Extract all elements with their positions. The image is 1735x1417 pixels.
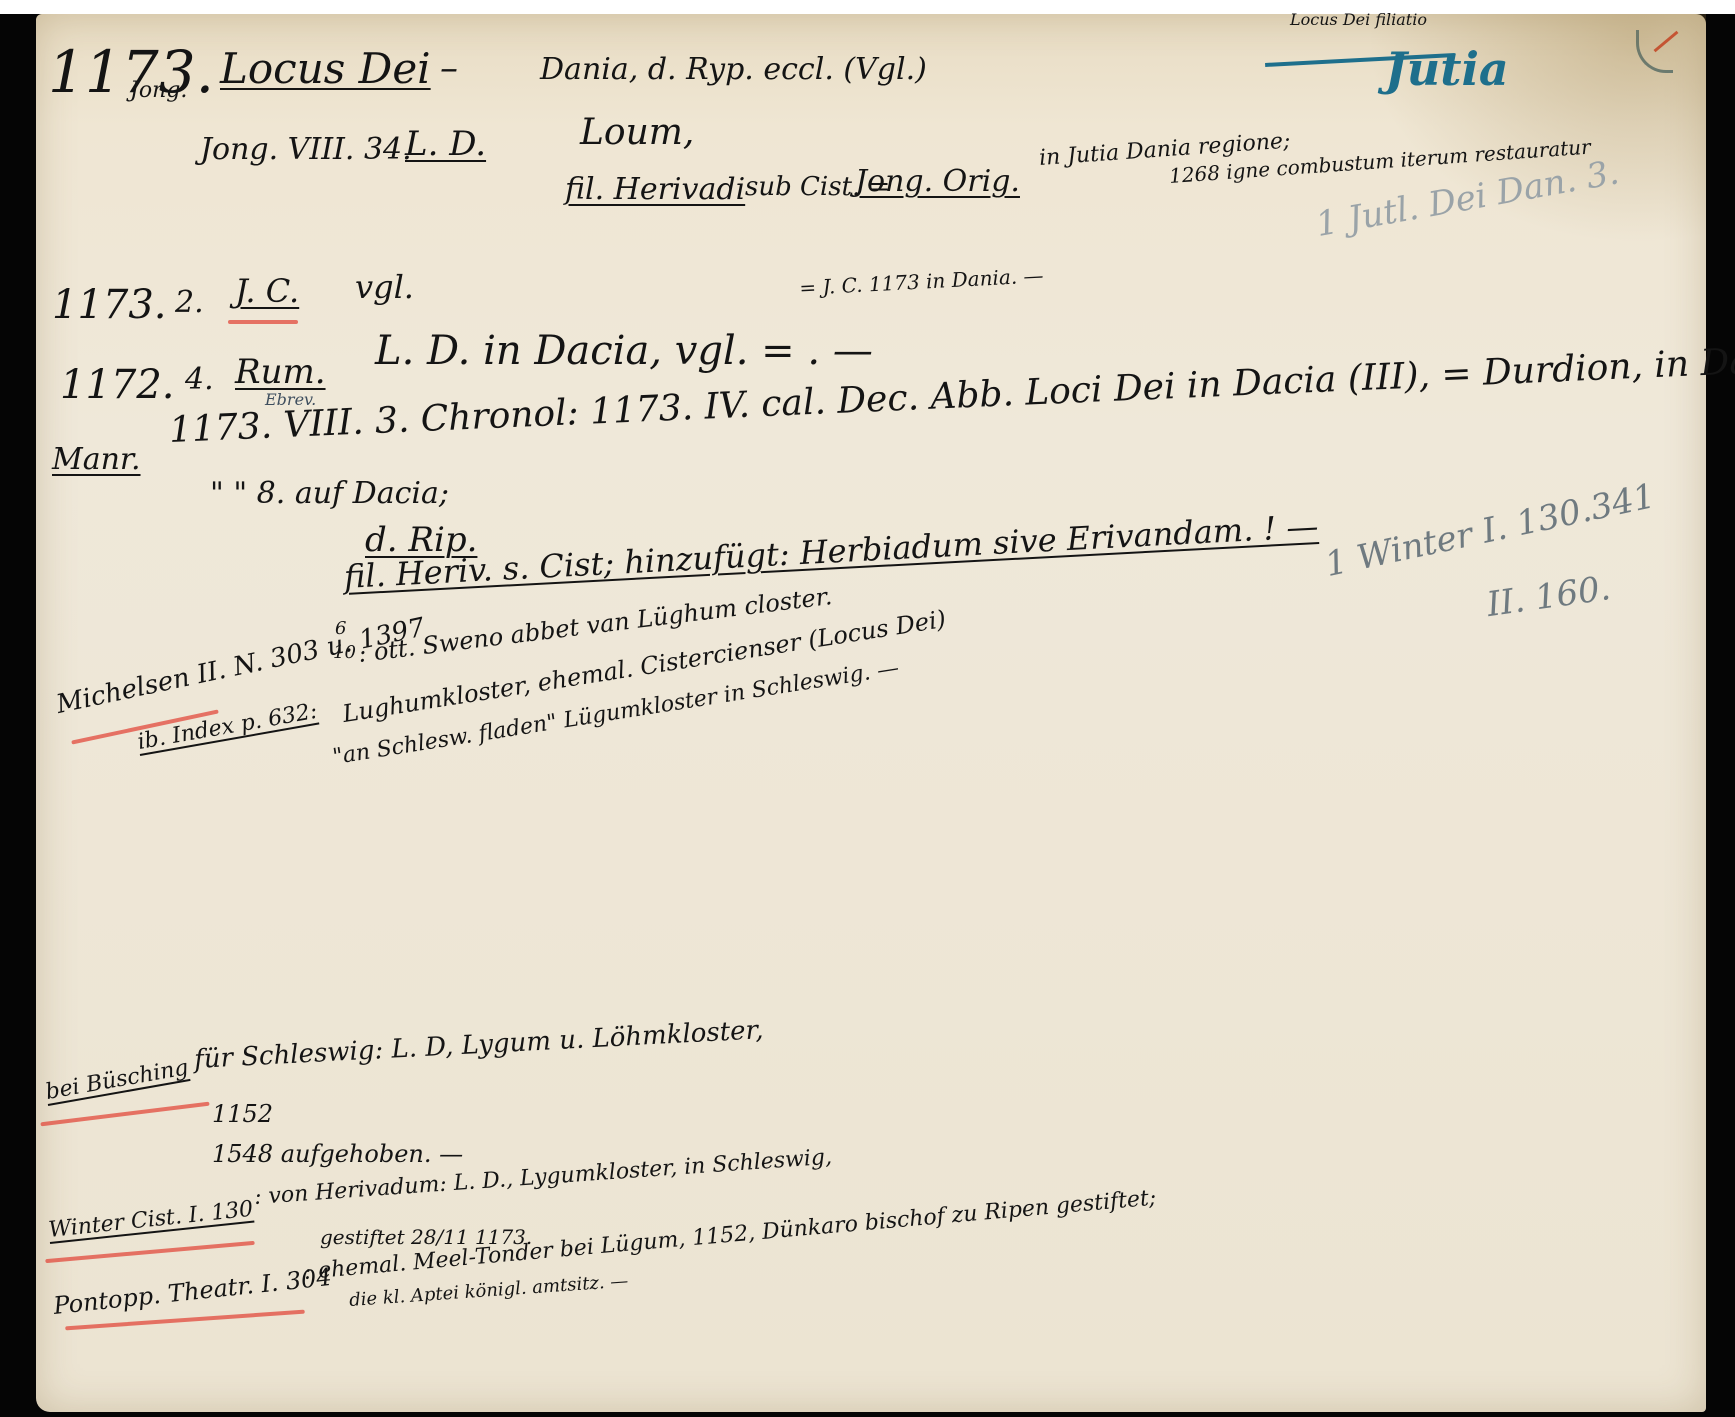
- entry-2-year: 1172.: [60, 362, 175, 408]
- entry-3-source: Manr.: [52, 442, 141, 477]
- michelsen-fraction-num: 6: [335, 618, 346, 639]
- entry-1-num: 2.: [175, 285, 204, 320]
- entry-1-year: 1173.: [52, 282, 167, 328]
- header-ref-abbrev: L. D.: [405, 124, 486, 164]
- lower-1-sub2: 1548 aufgehoben. —: [212, 1140, 463, 1168]
- top-right-note: Locus Dei filiatio: [1290, 10, 1427, 29]
- lower-1-sub1: 1152: [212, 1100, 273, 1128]
- header-dash: –: [440, 48, 458, 89]
- header-location: Dania, d. Ryp. eccl. (Vgl.): [540, 52, 927, 87]
- red-underline: [228, 320, 298, 324]
- header-title: Locus Dei: [220, 44, 431, 93]
- entry-1-source: J. C.: [235, 272, 299, 310]
- header-ref-line: Jong. VIII. 34.: [200, 132, 412, 167]
- top-right-blue-label: Jutia: [1385, 42, 1509, 96]
- michelsen-fraction-den: 10: [333, 642, 356, 663]
- entry-2-num: 4.: [185, 362, 214, 397]
- header-loum: Loum,: [580, 112, 694, 153]
- header-prefix: Jong.: [130, 78, 187, 103]
- entry-4-text: " " 8. auf Dacia;: [210, 476, 449, 511]
- entry-2-text: L. D. in Dacia, vgl. = . —: [375, 328, 873, 374]
- entry-1-text: vgl.: [355, 268, 414, 306]
- header-jong-ref: Jong. Orig.: [855, 164, 1020, 199]
- entry-2-source: Rum.: [235, 352, 326, 392]
- header-filiation: fil. Herivadi: [565, 172, 745, 207]
